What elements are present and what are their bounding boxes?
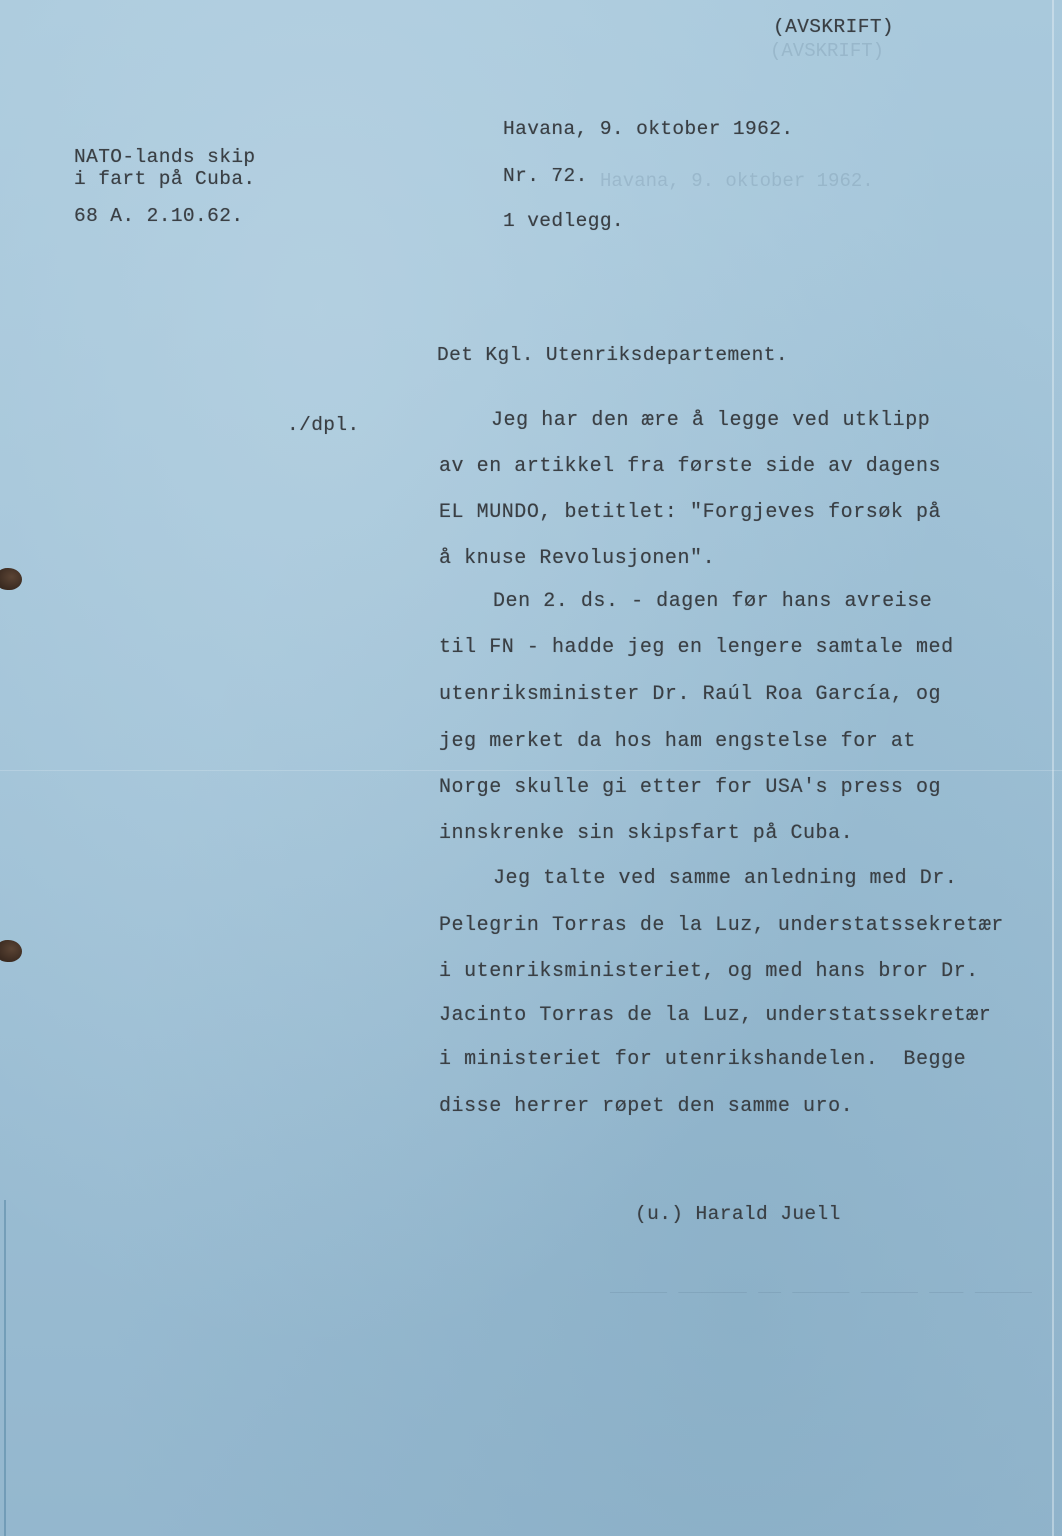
paragraph-line: Pelegrin Torras de la Luz, understatssek… <box>439 914 1004 937</box>
paragraph-line: innskrenke sin skipsfart på Cuba. <box>439 822 853 845</box>
recipient: Det Kgl. Utenriksdepartement. <box>437 344 788 366</box>
paper-fold-line <box>0 770 1062 771</box>
letter-number: Nr. 72. <box>503 165 588 187</box>
paragraph-line: av en artikkel fra første side av dagens <box>439 455 941 478</box>
paragraph-line: Norge skulle gi etter for USA's press og <box>439 776 941 799</box>
paragraph-line: å knuse Revolusjonen". <box>439 547 715 570</box>
paragraph-line: til FN - hadde jeg en lengere samtale me… <box>439 636 954 659</box>
signature: (u.) Harald Juell <box>635 1203 841 1225</box>
place-date: Havana, 9. oktober 1962. <box>503 118 793 140</box>
paragraph-line: jeg merket da hos ham engstelse for at <box>439 730 916 753</box>
margin-note: ./dpl. <box>287 414 360 436</box>
show-through-text: Havana, 9. oktober 1962. <box>600 170 874 192</box>
paper-left-edge <box>4 1200 6 1536</box>
paragraph-line: Jeg har den ære å legge ved utklipp <box>491 409 930 432</box>
show-through-text: _____ ______ __ _____ _____ ___ _____ <box>610 1275 1032 1297</box>
paragraph-line: utenriksminister Dr. Raúl Roa García, og <box>439 683 941 706</box>
subject-line-2: i fart på Cuba. <box>74 168 256 190</box>
paragraph-line: EL MUNDO, betitlet: "Forgjeves forsøk på <box>439 501 941 524</box>
paragraph-line: i ministeriet for utenrikshandelen. Begg… <box>439 1048 966 1071</box>
show-through-text: (AVSKRIFT) <box>770 40 884 62</box>
paragraph-line: i utenriksministeriet, og med hans bror … <box>439 960 979 983</box>
paragraph-line: Den 2. ds. - dagen før hans avreise <box>493 590 932 613</box>
subject-reference: 68 A. 2.10.62. <box>74 205 243 227</box>
paragraph-line: Jeg talte ved samme anledning med Dr. <box>493 867 957 890</box>
subject-line-1: NATO-lands skip <box>74 146 256 168</box>
attachments-count: 1 vedlegg. <box>503 210 624 232</box>
paper-right-edge <box>1052 0 1054 1536</box>
copy-mark: (AVSKRIFT) <box>773 16 894 38</box>
paragraph-line: Jacinto Torras de la Luz, understatssekr… <box>439 1004 991 1027</box>
paragraph-line: disse herrer røpet den samme uro. <box>439 1095 853 1118</box>
